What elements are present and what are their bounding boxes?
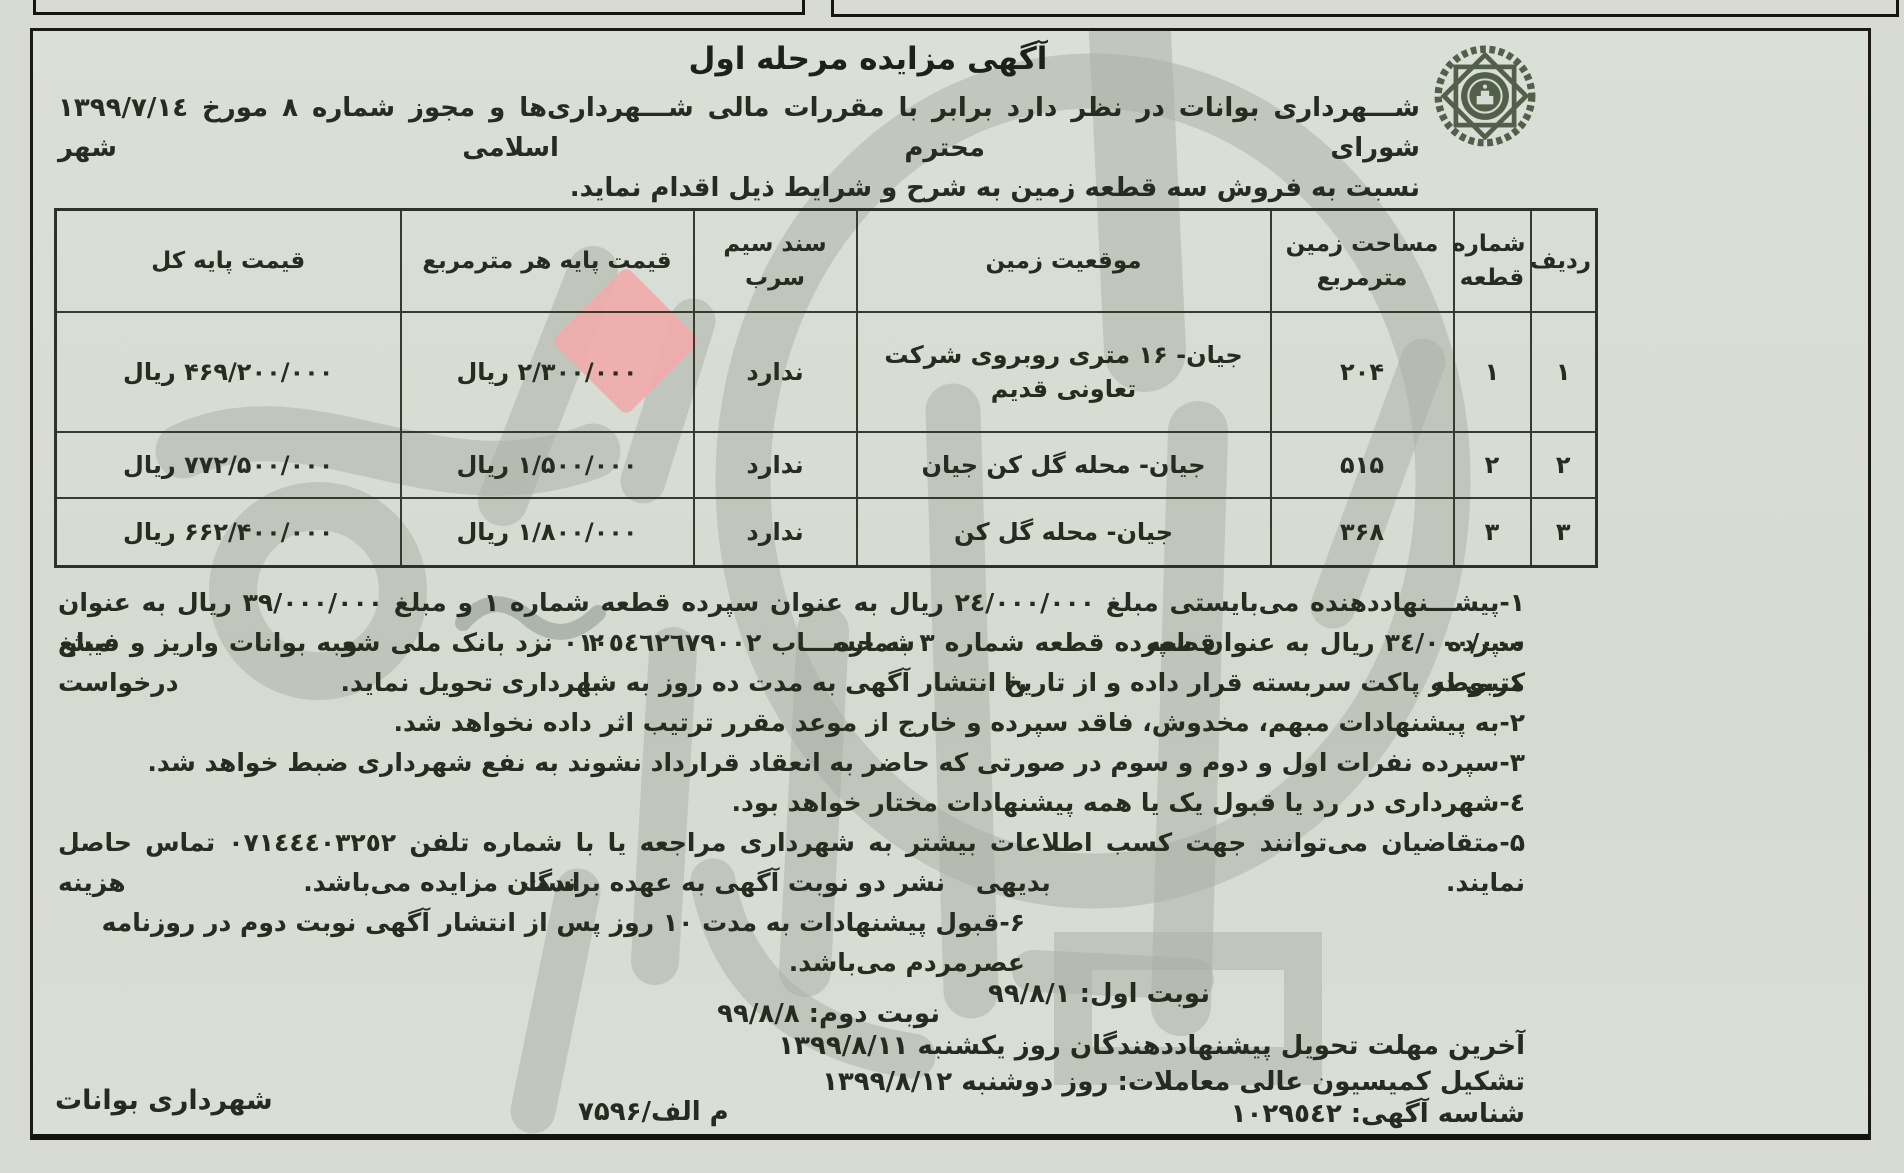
col-header-deed: سند سیم سرب xyxy=(694,210,857,313)
signature-municipality: شهرداری بوانات xyxy=(55,1085,273,1116)
top-partial-box-left xyxy=(33,0,805,15)
condition-line-9: ۶-قبول پیشنهادات به مدت ۱۰ روز پس از انت… xyxy=(58,903,1025,943)
cell-radif: ۳ xyxy=(1531,498,1597,567)
cell-parcel: ۳ xyxy=(1454,498,1531,567)
cell-total-price: ۴۶۹/۲۰۰/۰۰۰ ریال xyxy=(56,312,401,432)
submission-deadline: آخرین مهلت تحویل پیشنهاددهندگان روز یکشن… xyxy=(778,1031,1525,1061)
cell-deed: ندارد xyxy=(694,432,857,498)
publication-date-first: نوبت اول: ۹۹/۸/۱ xyxy=(988,979,1210,1009)
table-row: ۱ ۱ ۲۰۴ جیان- ۱۶ متری روبروی شرکت تعاونی… xyxy=(56,312,1597,432)
cell-unit-price: ۱/۵۰۰/۰۰۰ ریال xyxy=(401,432,694,498)
cell-radif: ۱ xyxy=(1531,312,1597,432)
auction-table: ردیف شماره قطعه مساحت زمین مترمربع موقعی… xyxy=(54,208,1598,568)
cell-total-price: ۶۶۲/۴۰۰/۰۰۰ ریال xyxy=(56,498,401,567)
col-header-radif: ردیف xyxy=(1531,210,1597,313)
municipality-seal-icon xyxy=(1433,44,1537,148)
cell-parcel: ۱ xyxy=(1454,312,1531,432)
publication-date-second: نوبت دوم: ۹۹/۸/۸ xyxy=(717,999,940,1029)
press-permit-number: ۷۵۹۶/م الف xyxy=(578,1097,729,1127)
table-row: ۳ ۳ ۳۶۸ جیان- محله گل کن ندارد ۱/۸۰۰/۰۰۰… xyxy=(56,498,1597,567)
col-header-total-price: قیمت پایه کل xyxy=(56,210,401,313)
auction-table-wrap: ردیف شماره قطعه مساحت زمین مترمربع موقعی… xyxy=(57,208,1598,568)
condition-line-1: ۱-پیشـــنهاددهنده می‌بایستی مبلغ ٢٤/٠٠٠/… xyxy=(58,583,1525,623)
top-partial-box-right xyxy=(831,0,1899,17)
col-header-unit-price: قیمت پایه هر مترمربع xyxy=(401,210,694,313)
cell-unit-price: ۱/۸۰۰/۰۰۰ ریال xyxy=(401,498,694,567)
cell-total-price: ۷۷۲/۵۰۰/۰۰۰ ریال xyxy=(56,432,401,498)
cell-deed: ندارد xyxy=(694,312,857,432)
intro-line-2: نسبت به فروش سه قطعه زمین به شرح و شرایط… xyxy=(58,168,1420,208)
cell-unit-price: ۲/۳۰۰/۰۰۰ ریال xyxy=(401,312,694,432)
newspaper-page: { "colors":{ "paper":"#d7dbd3", "ink":"#… xyxy=(0,0,1904,1173)
cell-area: ۳۶۸ xyxy=(1271,498,1454,567)
cell-radif: ۲ xyxy=(1531,432,1597,498)
ad-frame: آگهی مزایده مرحله اول شـــهرداری بوانات … xyxy=(30,28,1871,1140)
condition-line-4: ۲-به پیشنهادات مبهم، مخدوش، فاقد سپرده و… xyxy=(58,703,1525,743)
cell-area: ۵۱۵ xyxy=(1271,432,1454,498)
condition-line-6: ٤-شهرداری در رد یا قبول یک یا همه پیشنها… xyxy=(58,783,1525,823)
cell-deed: ندارد xyxy=(694,498,857,567)
ad-intro: شـــهرداری بوانات در نظر دارد برابر با م… xyxy=(58,88,1420,208)
cell-location: جیان- محله گل کن xyxy=(857,498,1271,567)
col-header-parcel: شماره قطعه xyxy=(1454,210,1531,313)
table-header-row: ردیف شماره قطعه مساحت زمین مترمربع موقعی… xyxy=(56,210,1597,313)
ad-id: شناسه آگهی: ١٠٢٩٥٤٢ xyxy=(1231,1099,1525,1129)
cell-location: جیان- محله گل کن جیان xyxy=(857,432,1271,498)
cell-area: ۲۰۴ xyxy=(1271,312,1454,432)
condition-line-2: ٣٤/٠٠٠/٠٠٠ ریال به عنوان سپرده قطعه شمار… xyxy=(58,623,1525,663)
ad-title: آگهی مزایده مرحله اول xyxy=(421,41,1315,77)
cell-location: جیان- ۱۶ متری روبروی شرکت تعاونی قدیم xyxy=(857,312,1271,432)
ad-content: آگهی مزایده مرحله اول شـــهرداری بوانات … xyxy=(33,31,1868,1134)
table-row: ۲ ۲ ۵۱۵ جیان- محله گل کن جیان ندارد ۱/۵۰… xyxy=(56,432,1597,498)
intro-line-1: شـــهرداری بوانات در نظر دارد برابر با م… xyxy=(58,88,1420,168)
condition-line-5: ۳-سپرده نفرات اول و دوم و سوم در صورتی ک… xyxy=(58,743,1525,783)
commission-date: تشکیل کمیسیون عالی معاملات: روز دوشنبه ۱… xyxy=(822,1067,1525,1097)
col-header-area: مساحت زمین مترمربع xyxy=(1271,210,1454,313)
conditions-block: ۱-پیشـــنهاددهنده می‌بایستی مبلغ ٢٤/٠٠٠/… xyxy=(58,583,1525,943)
cell-parcel: ۲ xyxy=(1454,432,1531,498)
condition-line-7: ۵-متقاضیان می‌توانند جهت کسب اطلاعات بیش… xyxy=(58,823,1525,863)
col-header-location: موقعیت زمین xyxy=(857,210,1271,313)
